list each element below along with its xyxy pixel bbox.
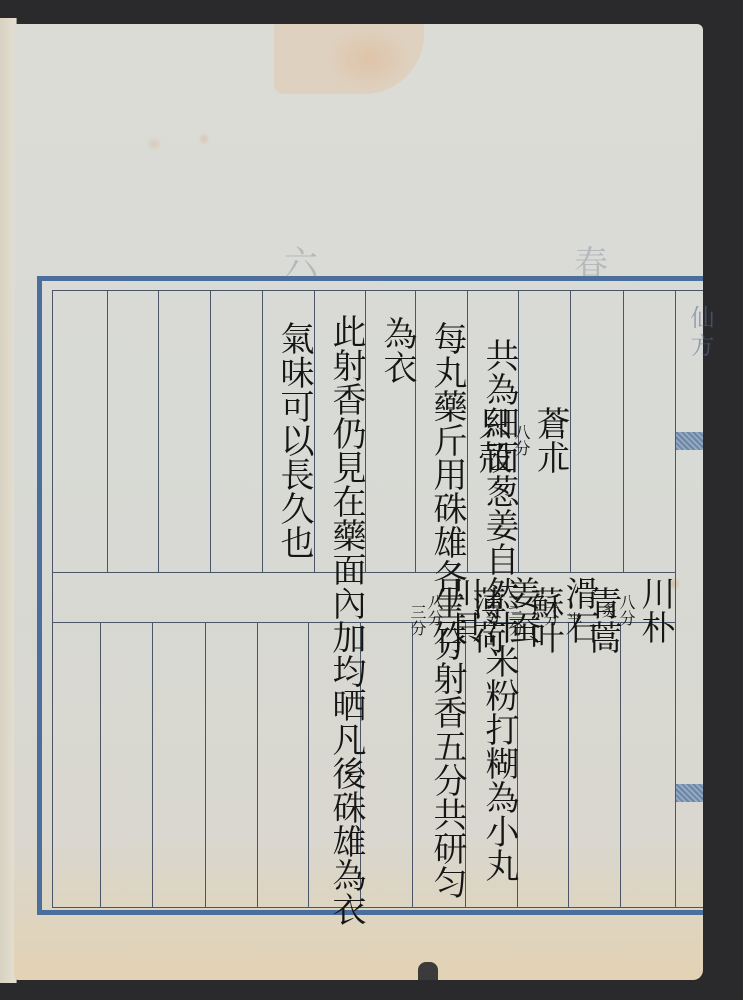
dosage-note: 半 <box>564 612 582 628</box>
column-rule <box>152 622 153 908</box>
page-notch <box>418 962 438 980</box>
text-column-4: 共為細面葱姜自然汁米粉打糊為小丸 <box>467 300 519 920</box>
column-rule <box>308 622 309 908</box>
text-column-8: 氣味可以長久也 <box>262 300 314 580</box>
text-column-7: 此射香仍見在藥面內加均晒凡後硃雄為衣 <box>314 300 366 940</box>
instruction-text: 為衣 <box>377 316 417 384</box>
instruction-text: 此射香仍見在藥面內加均晒凡後硃雄為衣 <box>326 314 366 926</box>
column-rule <box>412 622 413 908</box>
column-rule <box>100 622 101 908</box>
text-column-1: 川朴 八分 炙 滑石 三分 姜蚕 三分 川貝 八分 <box>623 300 675 920</box>
text-column-2: 青蒿 半 蘇叶 三分 薄荷 生竹 三分 <box>570 300 622 940</box>
margin-rule <box>675 290 676 908</box>
column-rule <box>210 290 211 572</box>
text-column-3: 蒼朮 八分 只殻 <box>518 300 570 580</box>
herb-name: 青蒿 <box>582 586 622 654</box>
herb-name: 蘇叶 <box>524 586 564 654</box>
column-rule <box>568 622 569 908</box>
herb-name: 川朴 <box>635 576 675 644</box>
herb-name: 蒼朮 <box>530 406 570 474</box>
column-rule <box>107 290 108 572</box>
margin-title: 仙方 <box>683 305 718 361</box>
fish-tail-mark-bottom <box>676 784 703 802</box>
instruction-text: 每丸藥斤用硃雄各三分射香五分共研匀 <box>427 321 467 899</box>
water-stain <box>274 24 424 94</box>
instruction-text: 氣味可以長久也 <box>274 321 314 559</box>
instruction-text: 共為細面葱姜自然汁米粉打糊為小丸 <box>479 338 519 882</box>
column-rule <box>205 622 206 908</box>
text-column-6: 為衣 <box>365 300 417 400</box>
text-column-5: 每丸藥斤用硃雄各三分射香五分共研匀 <box>415 300 467 920</box>
column-rule <box>257 622 258 908</box>
fish-tail-mark-top <box>676 432 703 450</box>
column-rule <box>158 290 159 572</box>
